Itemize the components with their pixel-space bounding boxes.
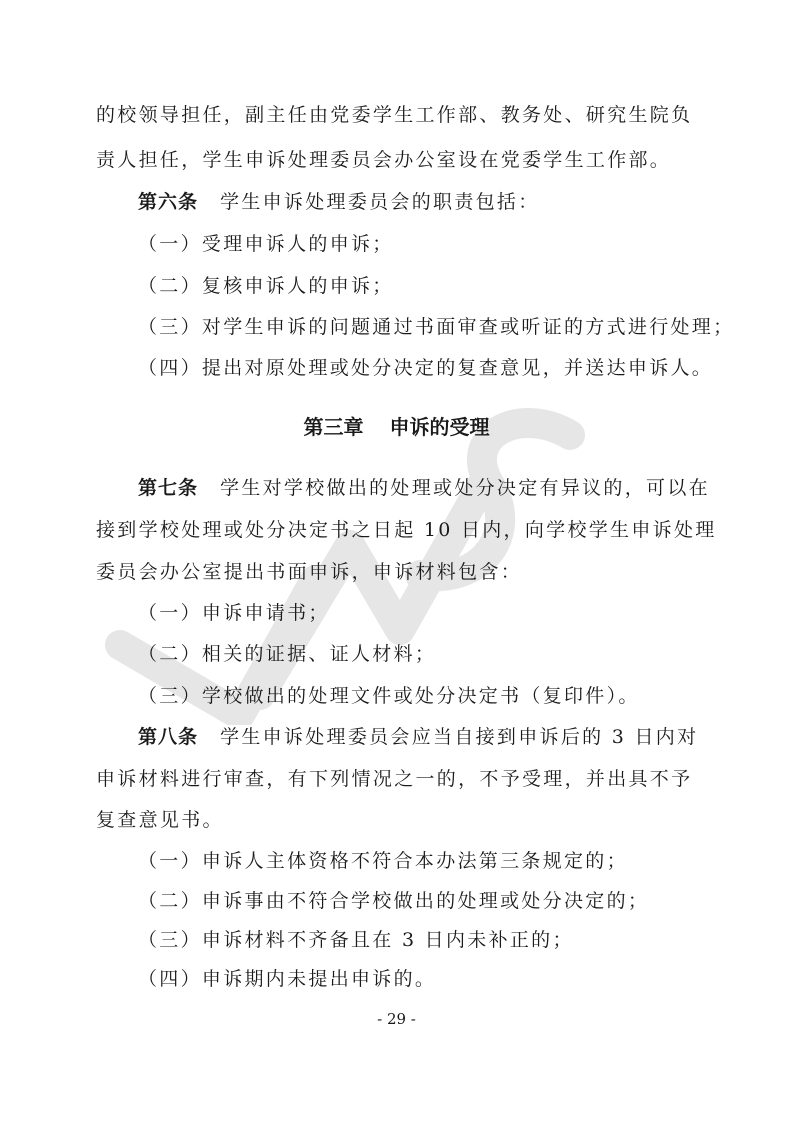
article-label: 第八条 xyxy=(138,726,198,748)
article-label: 第七条 xyxy=(138,477,198,499)
page-number: - 29 - xyxy=(0,1010,793,1028)
chapter-title: 第三章申诉的受理 xyxy=(0,414,793,440)
article-6-heading: 第六条学生申诉处理委员会的职责包括： xyxy=(138,190,540,214)
list-item: （一）申诉申请书； xyxy=(138,601,330,625)
list-item: （三）申诉材料不齐备且在 3 日内未补正的； xyxy=(138,928,574,952)
article-label: 第六条 xyxy=(138,191,198,213)
chapter-name: 申诉的受理 xyxy=(390,415,490,439)
article-8-line: 第八条学生申诉处理委员会应当自接到申诉后的 3 日内对 xyxy=(138,725,698,749)
article-text: 学生申诉处理委员会的职责包括： xyxy=(220,191,540,213)
paragraph-line: 责人担任，学生申诉处理委员会办公室设在党委学生工作部。 xyxy=(96,148,671,172)
article-text: 学生申诉处理委员会应当自接到申诉后的 3 日内对 xyxy=(220,726,698,748)
paragraph-line: 申诉材料进行审查，有下列情况之一的，不予受理，并出具不予 xyxy=(96,767,692,791)
list-item: （一）申诉人主体资格不符合本办法第三条规定的； xyxy=(138,849,628,873)
paragraph-line: 复查意见书。 xyxy=(96,808,224,832)
list-item: （四）提出对原处理或处分决定的复查意见，并送达申诉人。 xyxy=(138,356,713,380)
article-7-line: 第七条学生对学校做出的处理或处分决定有异议的，可以在 xyxy=(138,476,710,500)
paragraph-line: 的校领导担任，副主任由党委学生工作部、教务处、研究生院负 xyxy=(96,103,692,127)
list-item: （三）学校做出的处理文件或处分决定书（复印件）。 xyxy=(138,684,640,708)
list-item: （一）受理申诉人的申诉； xyxy=(138,232,394,256)
paragraph-line: 委员会办公室提出书面申诉，申诉材料包含： xyxy=(96,560,522,584)
article-text: 学生对学校做出的处理或处分决定有异议的，可以在 xyxy=(220,477,710,499)
list-item: （二）申诉事由不符合学校做出的处理或处分决定的； xyxy=(138,889,649,913)
paragraph-line: 接到学校处理或处分决定书之日起 10 日内，向学校学生申诉处理 xyxy=(96,518,717,542)
list-item: （四）申诉期内未提出申诉的。 xyxy=(138,967,436,991)
list-item: （二）复核申诉人的申诉； xyxy=(138,274,394,298)
list-item: （二）相关的证据、证人材料； xyxy=(138,642,436,666)
document-page: 的校领导担任，副主任由党委学生工作部、教务处、研究生院负 责人担任，学生申诉处理… xyxy=(0,0,793,1122)
list-item: （三）对学生申诉的问题通过书面审查或听证的方式进行处理； xyxy=(138,315,734,339)
chapter-number: 第三章 xyxy=(304,415,364,439)
